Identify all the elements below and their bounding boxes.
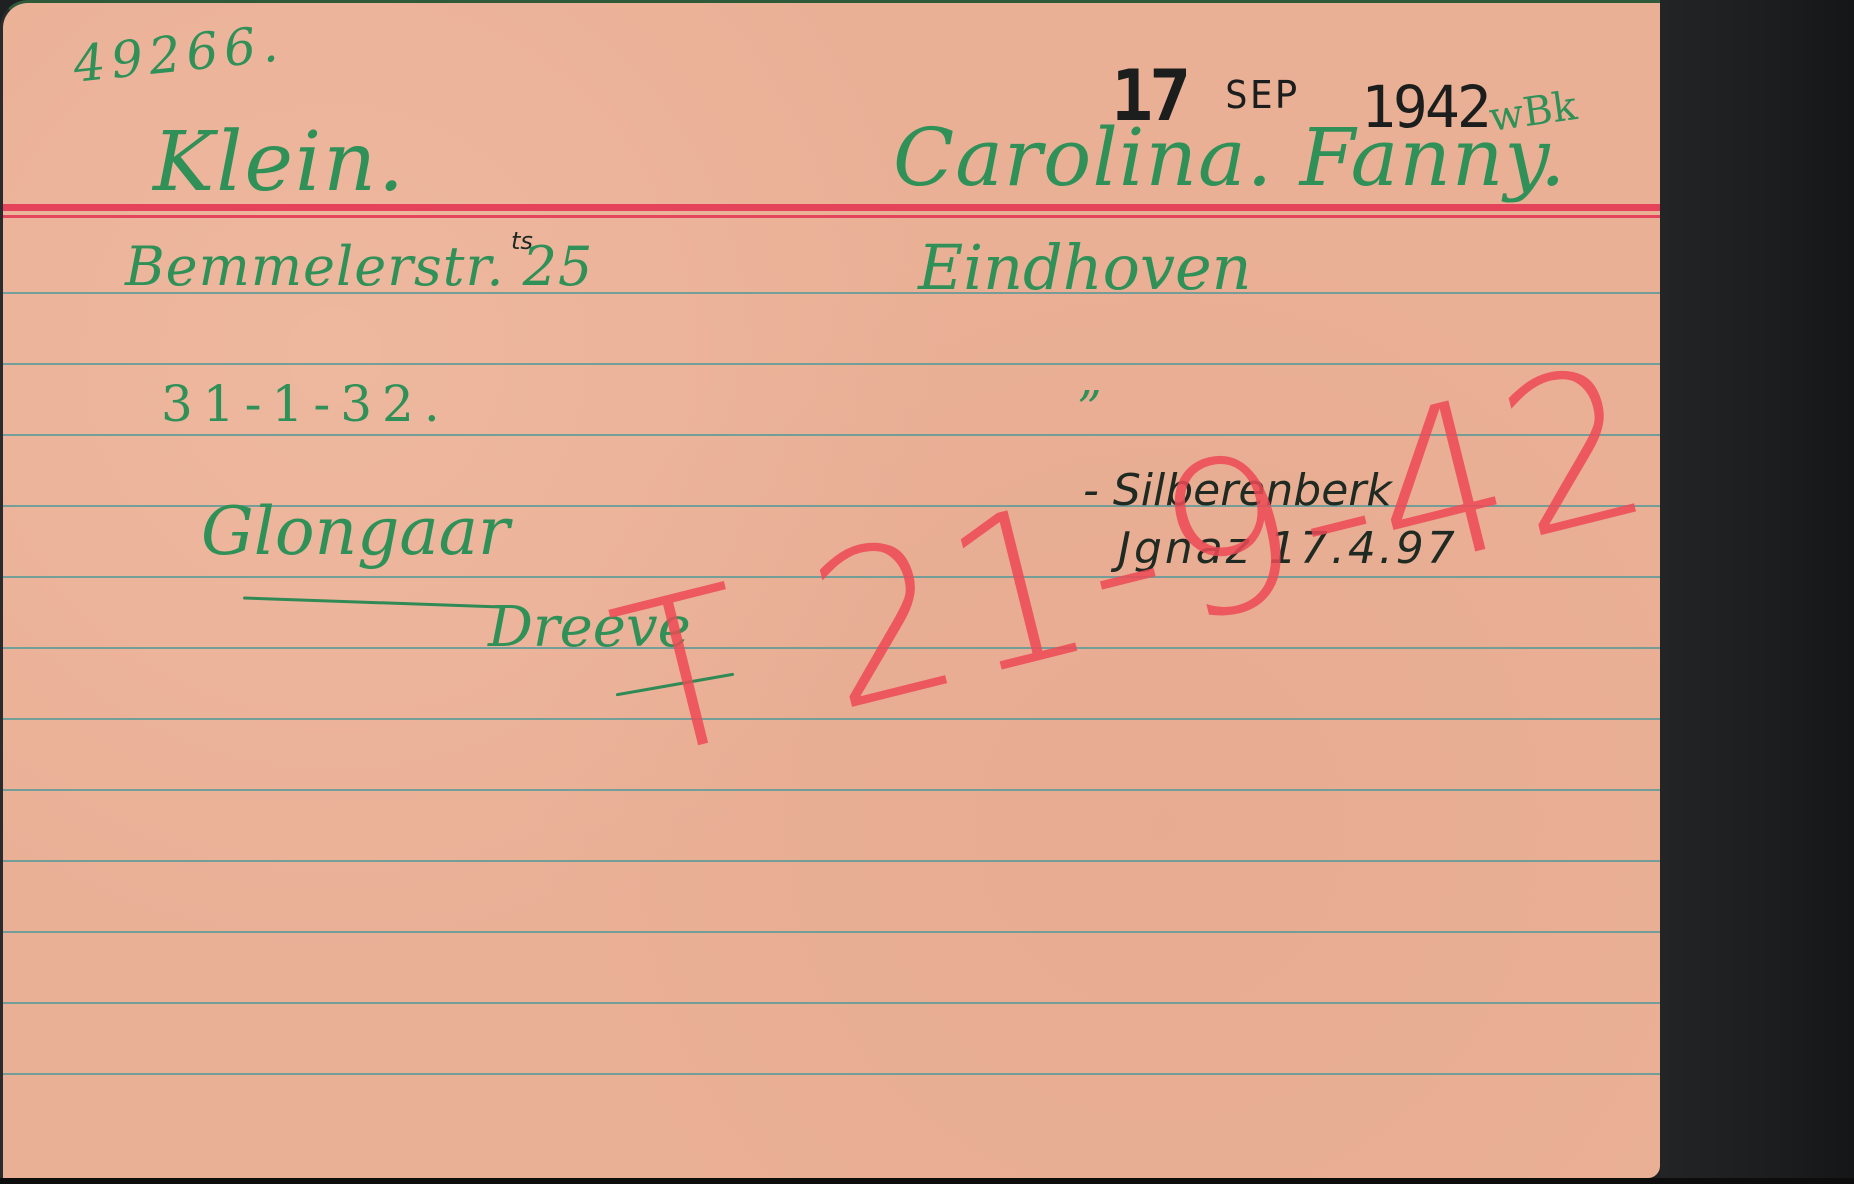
ruled-line xyxy=(3,789,1660,791)
ruled-line xyxy=(3,1073,1660,1075)
scanner-bottom-edge xyxy=(0,1178,1854,1184)
stamp-day: 17 xyxy=(1111,55,1187,137)
address-insert: ts xyxy=(511,227,533,255)
red-pencil-note: T 21-9-42 xyxy=(594,316,1660,808)
ruled-line xyxy=(3,931,1660,933)
birthplace: Glongaar xyxy=(201,493,510,570)
ruled-line xyxy=(3,860,1660,862)
birth-date: 31-1-32. xyxy=(161,375,450,433)
stamp-year: 1942 xyxy=(1361,73,1489,141)
city: Eindhoven xyxy=(918,231,1252,304)
record-number: 49266. xyxy=(71,14,287,94)
red-header-rule-thin xyxy=(3,215,1660,218)
ruled-line xyxy=(3,1002,1660,1004)
scanner-backdrop xyxy=(1660,0,1854,1184)
stamp-month: SEP xyxy=(1225,73,1300,117)
surname: Klein. xyxy=(153,115,406,210)
ditto-mark: ” xyxy=(1077,381,1102,437)
index-card: 49266. Klein. Carolina. Fanny. 17 SEP 19… xyxy=(0,0,1660,1178)
ruled-line xyxy=(3,363,1660,365)
birthplace-flourish xyxy=(243,596,503,608)
